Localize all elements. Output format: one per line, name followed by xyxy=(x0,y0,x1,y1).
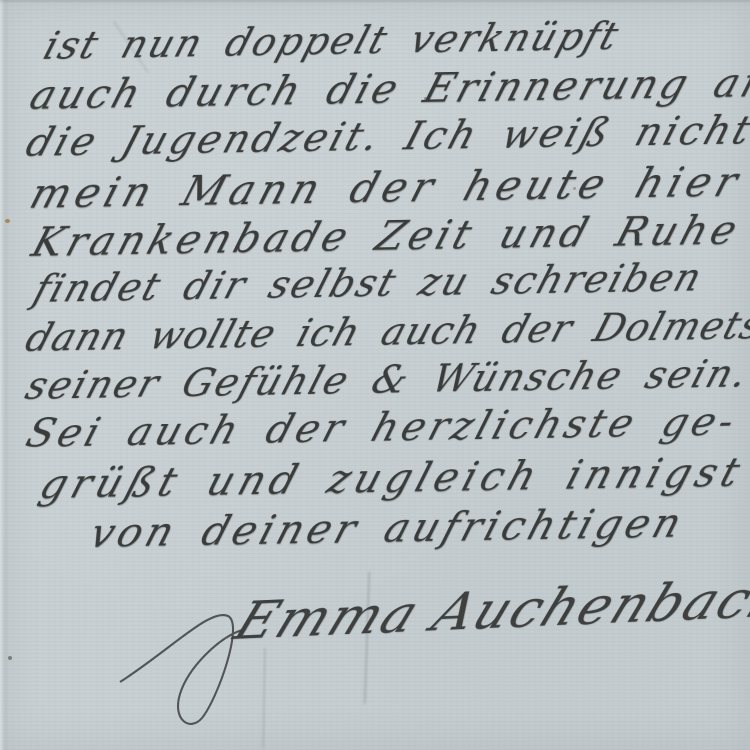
foxing-speck xyxy=(8,656,12,660)
handwriting-line-11: von deiner aufrichtigen xyxy=(84,500,691,558)
letter-page: ist nun doppelt verknüpft auch durch die… xyxy=(0,0,750,750)
paper-left-edge xyxy=(0,0,9,750)
paper-crease xyxy=(262,648,266,748)
handwriting-line-1: ist nun doppelt verknüpft xyxy=(38,14,625,70)
paper-top-edge xyxy=(0,0,750,4)
foxing-speck xyxy=(5,219,10,223)
signature: Emma Auchenbach. xyxy=(226,568,750,652)
